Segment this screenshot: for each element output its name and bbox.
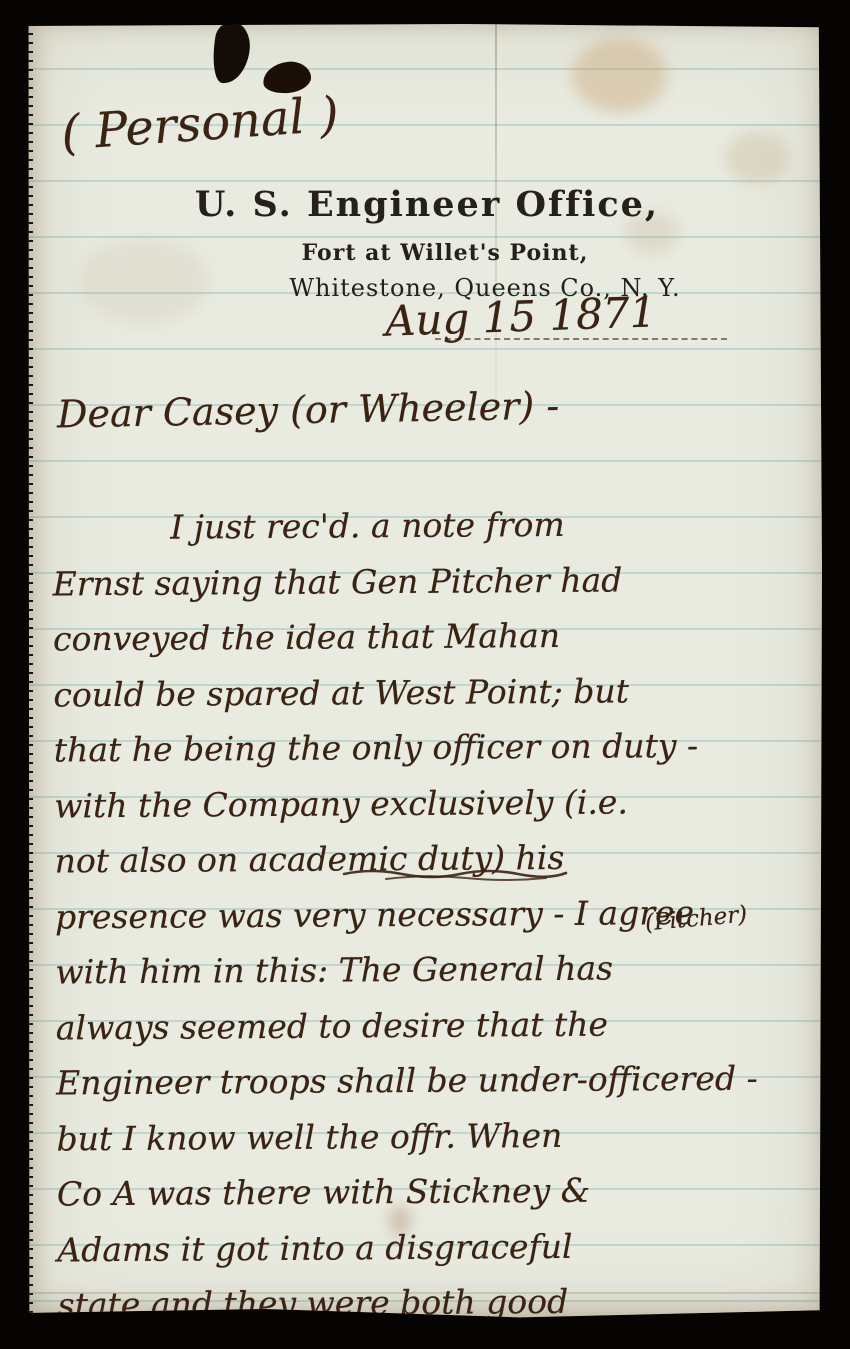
scan-background: ( Personal ) U. S. Engineer Office, Fort… xyxy=(0,0,850,1349)
date-handwritten: Aug 15 1871 xyxy=(384,287,657,345)
letter-line: Engineer troops shall be under-officered… xyxy=(56,1051,758,1111)
underline-flourish xyxy=(342,866,570,882)
letter-line: Ernst saying that Gen Pitcher had xyxy=(52,551,754,611)
letter-line: with the Company exclusively (i.e. xyxy=(54,773,756,833)
personal-annotation: ( Personal ) xyxy=(59,86,340,161)
letter-line: could be spared at West Point; but xyxy=(53,662,755,722)
letter-line: always seemed to desire that the xyxy=(56,995,758,1055)
letter-line: Adams it got into a disgraceful xyxy=(57,1217,759,1277)
paper-stain xyxy=(725,132,789,184)
letterhead-office: U. S. Engineer Office, xyxy=(177,184,677,225)
letter-line: conveyed the idea that Mahan xyxy=(53,607,755,667)
letter-line: with him in this: The General has xyxy=(55,940,757,1000)
deckled-edge xyxy=(27,24,33,1318)
paper-stain xyxy=(79,238,209,324)
letter-line: but I know well the offr. When xyxy=(56,1106,758,1166)
letter-line: that he being the only officer on duty - xyxy=(54,718,756,778)
salutation: Dear Casey (or Wheeler) - xyxy=(57,384,560,437)
letter-line: state and they were both good xyxy=(58,1273,760,1333)
letterhead-fort: Fort at Willet's Point, xyxy=(195,240,695,266)
ink-blot xyxy=(228,64,240,78)
letter-page: ( Personal ) U. S. Engineer Office, Fort… xyxy=(27,24,822,1318)
letter-line: I just rec'd. a note from xyxy=(52,496,754,556)
paper-stain xyxy=(572,38,667,113)
letter-line: Co A was there with Stickney & xyxy=(57,1162,759,1222)
